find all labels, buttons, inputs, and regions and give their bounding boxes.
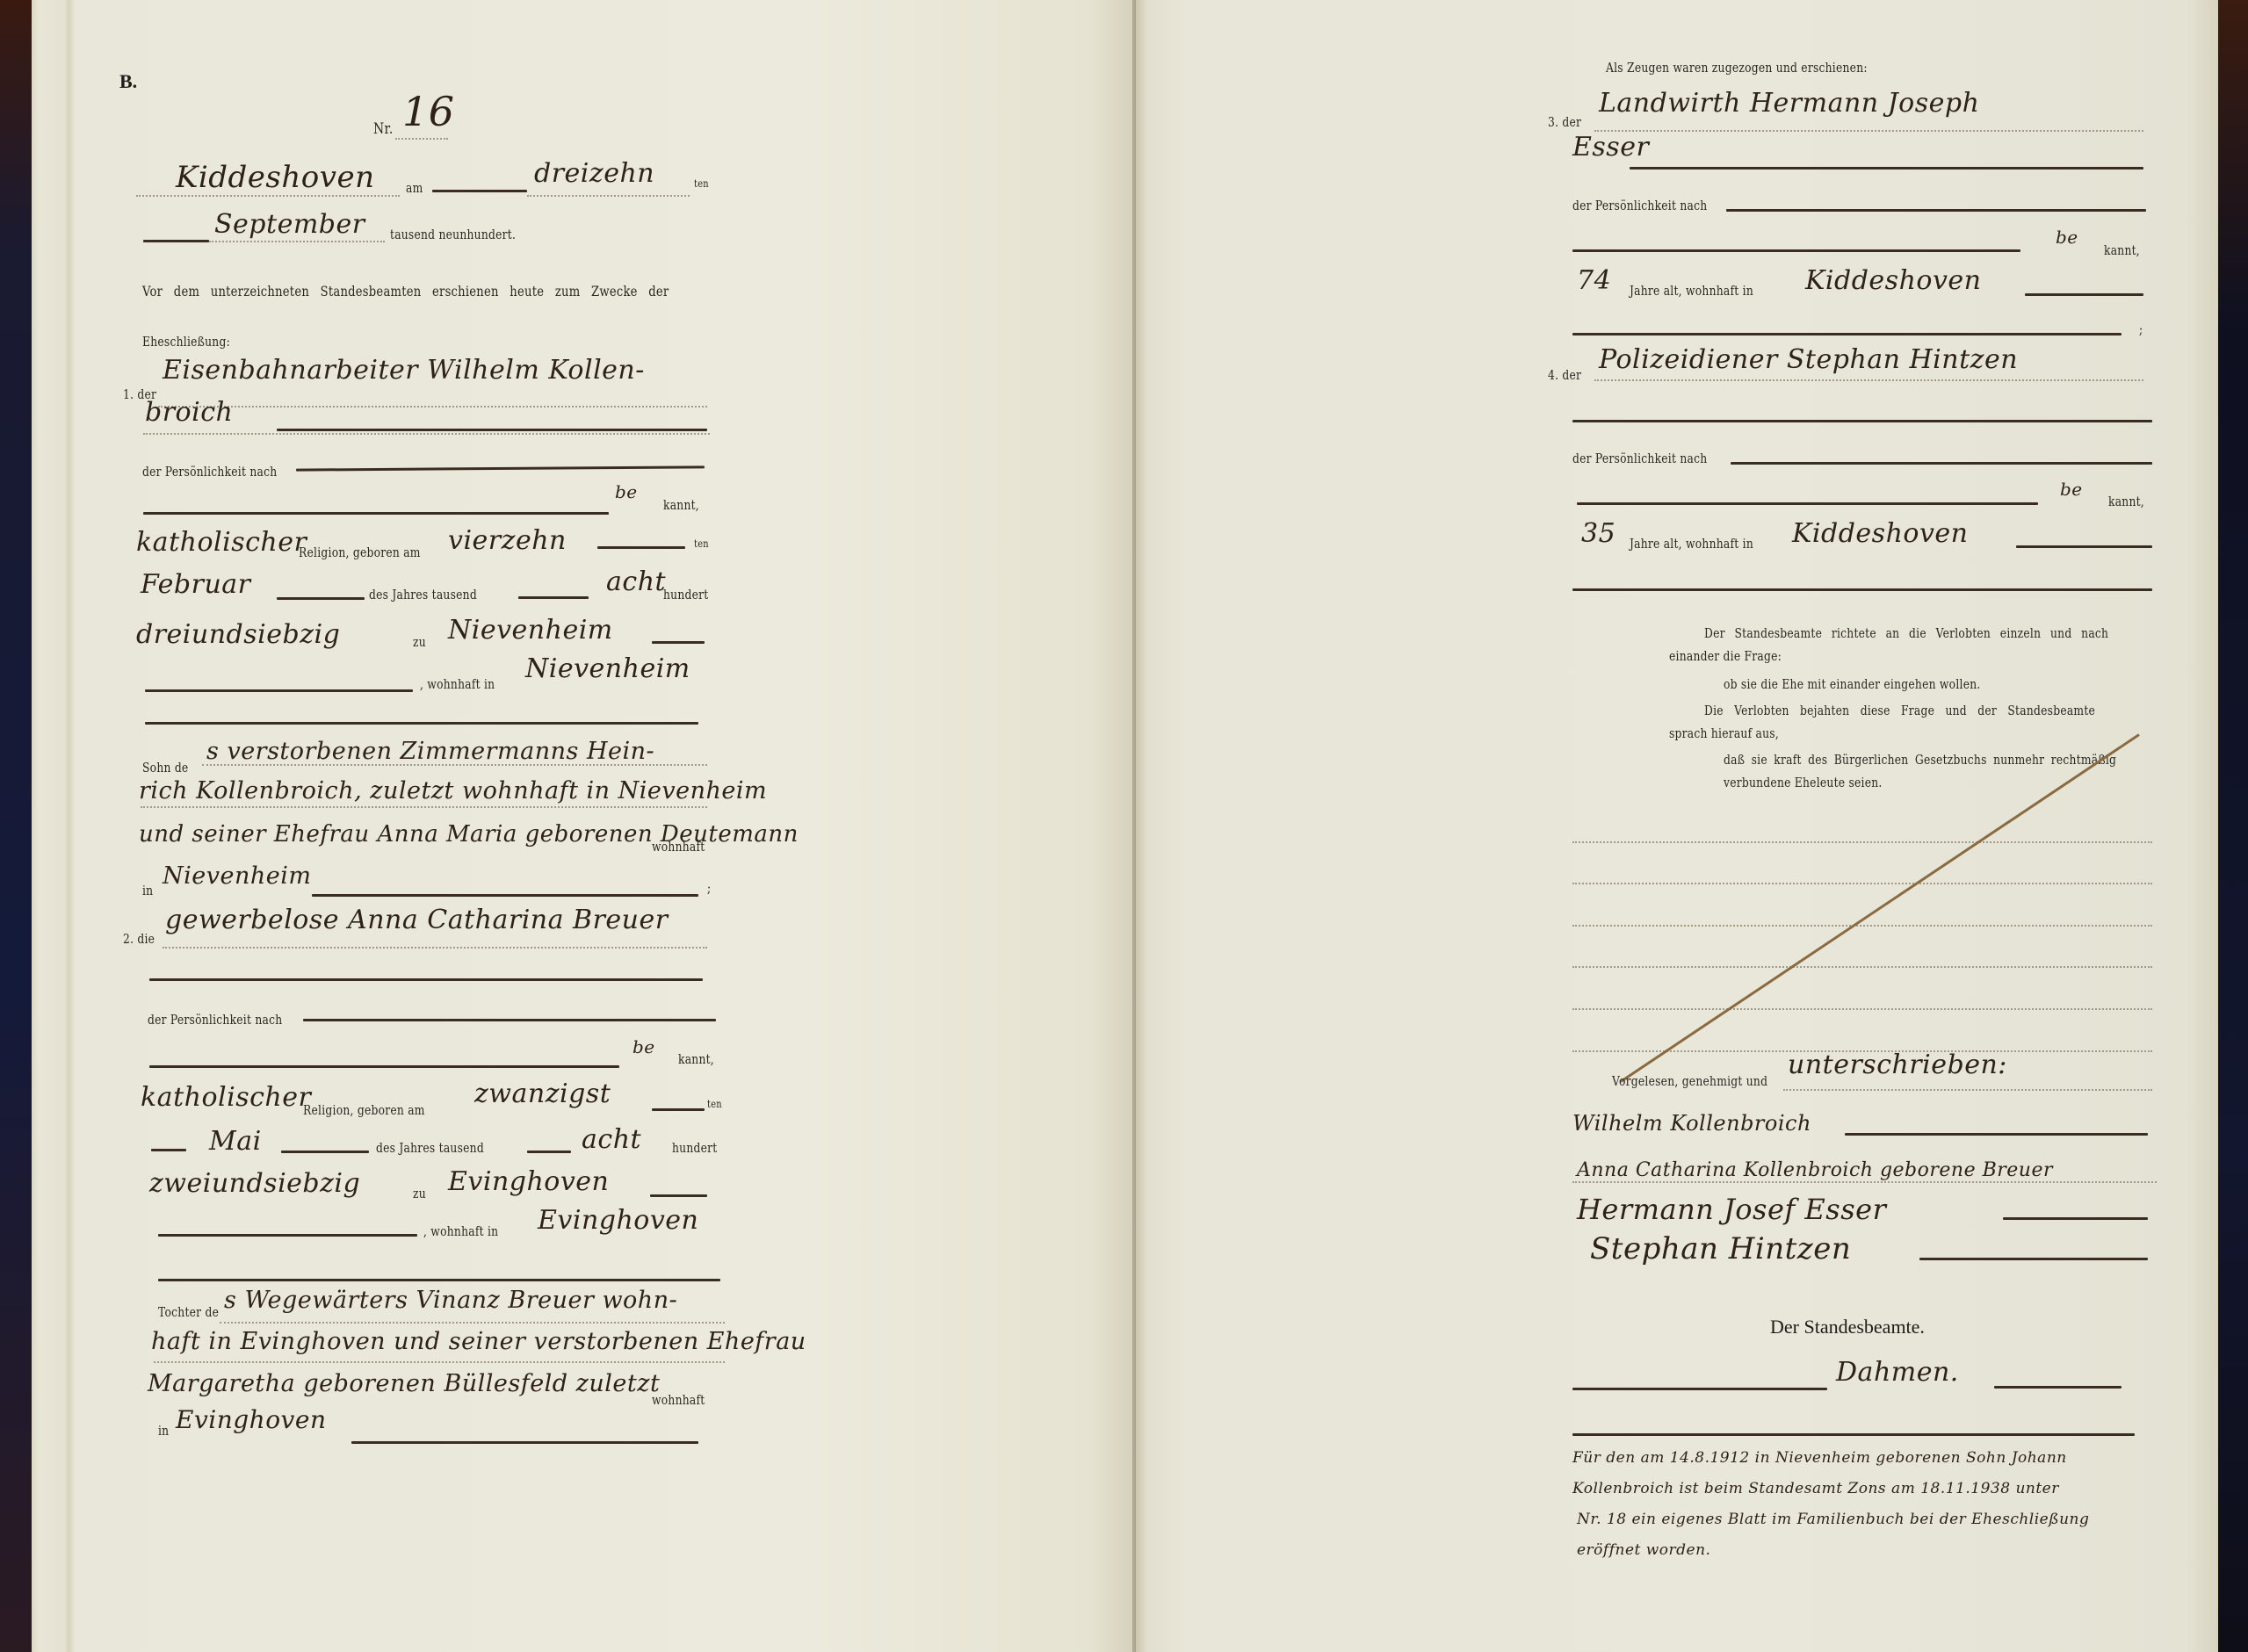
rule <box>1594 130 2143 132</box>
bride-birth-year: zweiundsiebzig <box>149 1168 360 1199</box>
margin-note-line3: Nr. 18 ein eigenes Blatt im Familienbuch… <box>1577 1511 2089 1528</box>
fill-line <box>597 546 685 549</box>
fill-line <box>277 597 365 600</box>
form-letter: B. <box>119 70 137 93</box>
day: dreizehn <box>534 158 654 189</box>
groom-residence-label: , wohnhaft in <box>420 676 495 692</box>
bride-occupation-name: gewerbelose Anna Catharina Breuer <box>165 905 669 935</box>
rule <box>1572 1181 2157 1183</box>
place: Kiddeshoven <box>176 160 374 195</box>
rule <box>158 406 707 408</box>
fill-line <box>158 1279 720 1281</box>
witness4-occupation-name: Polizeidiener Stephan Hintzen <box>1599 344 2018 375</box>
witness3-known-prefix: be <box>2056 227 2078 248</box>
bride-known-suffix: kannt, <box>678 1051 714 1067</box>
bride-parents-line3: Margaretha geborenen Büllesfeld zuletzt <box>148 1370 660 1397</box>
groom-parents-line1: s verstorbenen Zimmermanns Hein- <box>206 738 654 765</box>
witness3-age: 74 <box>1577 265 1611 296</box>
rule <box>220 1322 725 1324</box>
groom-occupation-name: Eisenbahnarbeiter Wilhelm Kollen- <box>163 355 645 386</box>
rule <box>163 947 707 949</box>
ceremony-p2-line3: daß sie kraft des Bürgerlichen Gesetzbuc… <box>1724 752 2116 768</box>
book-gutter <box>1132 0 1136 1652</box>
groom-identity-label: der Persönlichkeit nach <box>142 464 277 480</box>
witness4-known-prefix: be <box>2060 479 2083 500</box>
groom-name-cont: broich <box>145 397 233 428</box>
fill-line <box>143 240 209 242</box>
ceremony-p2-line2: sprach hierauf aus, <box>1669 725 1779 741</box>
witness3-number: 3. der <box>1548 114 1581 130</box>
witness3-known-suffix: kannt, <box>2104 242 2140 258</box>
bride-parents-residence: Evinghoven <box>176 1405 326 1434</box>
fill-line <box>1845 1133 2148 1136</box>
fill-line <box>145 689 413 692</box>
fill-line <box>277 429 707 431</box>
fill-line <box>149 1065 619 1068</box>
rule <box>1572 925 2152 927</box>
witness3-occupation-name: Landwirth Hermann Joseph <box>1599 88 1979 119</box>
witness4-identity-label: der Persönlichkeit nach <box>1572 451 1707 466</box>
year-text: tausend neunhundert. <box>390 227 516 242</box>
closing-hand: unterschrieben: <box>1788 1050 2007 1080</box>
bride-parents-line2: haft in Evinghoven und seiner verstorben… <box>151 1328 806 1355</box>
bride-religion: katholischer <box>141 1082 311 1113</box>
groom-parents-residence: Nievenheim <box>163 862 311 890</box>
right-page <box>1135 0 2218 1652</box>
bride-hundred-label: hundert <box>672 1140 717 1156</box>
fill-line <box>1572 249 2020 252</box>
fill-line <box>158 1234 417 1237</box>
rule <box>1572 841 2152 843</box>
rule <box>143 433 710 435</box>
bride-known-prefix: be <box>632 1036 655 1057</box>
signature-witness4: Stephan Hintzen <box>1590 1231 1851 1266</box>
groom-residence: Nievenheim <box>525 653 690 684</box>
groom-birth-year: dreiundsiebzig <box>136 619 340 650</box>
rule <box>1572 883 2152 884</box>
bride-parents-in: in <box>158 1423 169 1439</box>
groom-parents-line2: rich Kollenbroich, zuletzt wohnhaft in N… <box>139 777 767 804</box>
fill-line <box>2016 545 2152 548</box>
rule <box>141 806 707 808</box>
entry-number-label: Nr. <box>373 120 394 138</box>
witness4-age-label: Jahre alt, wohnhaft in <box>1630 536 1753 552</box>
fill-line <box>1731 462 2152 465</box>
witness3-name-cont: Esser <box>1572 132 1649 162</box>
groom-birth-day: vierzehn <box>448 525 567 556</box>
bride-number: 2. die <box>123 931 155 947</box>
rule <box>1783 1089 2152 1091</box>
groom-hundred-label: hundert <box>663 587 708 602</box>
fill-line <box>1572 588 2152 591</box>
fill-line <box>1572 1388 1827 1390</box>
margin-note-line4: eröffnet worden. <box>1577 1541 1710 1559</box>
bride-zu-label: zu <box>413 1186 426 1201</box>
rule <box>202 764 707 766</box>
registrar-signature: Dahmen. <box>1836 1357 1959 1388</box>
book-cover-left <box>0 0 32 1652</box>
fill-line <box>1994 1386 2122 1389</box>
groom-year-label: des Jahres tausend <box>369 587 477 602</box>
groom-religion: katholischer <box>136 527 307 558</box>
fill-line <box>527 1151 571 1153</box>
fill-line <box>143 512 609 515</box>
fill-line <box>1630 167 2143 170</box>
bride-parents-line1: s Wegewärters Vinanz Breuer wohn- <box>224 1287 677 1314</box>
rule <box>209 241 385 242</box>
bride-birth-day: zwanzigst <box>474 1078 611 1109</box>
witness4-residence: Kiddeshoven <box>1792 518 1968 549</box>
bride-parents-label: Tochter de <box>158 1304 219 1320</box>
date-am-label: am <box>406 180 423 196</box>
bride-birth-place: Evinghoven <box>448 1166 609 1197</box>
signature-witness3: Hermann Josef Esser <box>1577 1193 1886 1226</box>
intro-text-2: Eheschließung: <box>142 334 230 350</box>
witness3-residence: Kiddeshoven <box>1805 265 1981 296</box>
rule <box>395 138 448 140</box>
bride-identity-label: der Persönlichkeit nach <box>148 1012 282 1028</box>
groom-birth-day-suffix: ten <box>694 537 709 550</box>
fill-line <box>151 1149 186 1151</box>
bride-century: acht <box>582 1124 641 1155</box>
fill-line <box>351 1441 698 1444</box>
bride-residence: Evinghoven <box>538 1205 698 1236</box>
signature-groom: Wilhelm Kollenbroich <box>1572 1111 1811 1136</box>
bride-birth-day-suffix: ten <box>707 1098 722 1110</box>
fill-line <box>312 894 698 897</box>
witness3-age-label: Jahre alt, wohnhaft in <box>1630 283 1753 299</box>
fill-line <box>1577 502 2038 505</box>
rule <box>1572 1008 2152 1010</box>
registrar-label: Der Standesbeamte. <box>1770 1316 1925 1338</box>
groom-parents-label: Sohn de <box>142 760 188 776</box>
fill-line <box>432 190 527 192</box>
intro-text: Vor dem unterzeichneten Standesbeamten e… <box>142 283 669 299</box>
fill-line <box>518 596 589 599</box>
fill-line <box>652 641 705 644</box>
rule <box>136 195 400 197</box>
fill-line <box>281 1151 369 1153</box>
ceremony-p1-line2: einander die Frage: <box>1669 648 1782 664</box>
entry-number: 16 <box>402 88 455 135</box>
witness-intro: Als Zeugen waren zugezogen und erschiene… <box>1606 60 1868 76</box>
witness3-identity-label: der Persönlichkeit nach <box>1572 198 1707 213</box>
bride-birth-month: Mai <box>209 1126 262 1157</box>
groom-known-suffix: kannt, <box>663 497 699 513</box>
rule <box>527 195 690 197</box>
ceremony-p2-line1: Die Verlobten bejahten diese Frage und d… <box>1704 703 2095 718</box>
groom-zu-label: zu <box>413 634 426 650</box>
groom-religion-label: Religion, geboren am <box>299 545 421 560</box>
witness4-number: 4. der <box>1548 367 1581 383</box>
bride-residence-label: , wohnhaft in <box>423 1223 498 1239</box>
closing-label: Vorgelesen, genehmigt und <box>1612 1073 1767 1089</box>
bride-year-label: des Jahres tausend <box>376 1140 484 1156</box>
groom-known-prefix: be <box>615 481 638 502</box>
groom-birth-place: Nievenheim <box>448 615 613 646</box>
witness4-known-suffix: kannt, <box>2108 494 2144 509</box>
fill-line <box>2003 1217 2148 1220</box>
day-suffix: ten <box>694 177 709 190</box>
fill-line <box>149 978 703 981</box>
bride-parents-wohnhaft: wohnhaft <box>652 1392 705 1408</box>
fill-line <box>1726 209 2146 212</box>
book-cover-right <box>2218 0 2248 1652</box>
witness3-semicolon: ; <box>2139 321 2143 337</box>
groom-birth-month: Februar <box>141 569 251 600</box>
fill-line <box>650 1194 707 1197</box>
fill-line <box>1919 1258 2148 1260</box>
ceremony-p1-line3: ob sie die Ehe mit einander eingehen wol… <box>1724 676 1981 692</box>
fill-line <box>145 722 698 725</box>
fill-line <box>652 1108 705 1111</box>
margin-note-line2: Kollenbroich ist beim Standesamt Zons am… <box>1572 1480 2059 1497</box>
month: September <box>214 209 365 240</box>
fill-line <box>1572 333 2122 335</box>
fill-line <box>303 1019 716 1021</box>
groom-parents-wohnhaft: wohnhaft <box>652 839 705 855</box>
fill-line <box>1572 1433 2135 1436</box>
bride-religion-label: Religion, geboren am <box>303 1102 425 1118</box>
ceremony-p1-line1: Der Standesbeamte richtete an die Verlob… <box>1704 625 2108 641</box>
margin-note-line1: Für den am 14.8.1912 in Nievenheim gebor… <box>1572 1449 2067 1467</box>
groom-century: acht <box>606 566 666 597</box>
rule <box>154 1361 725 1363</box>
rule <box>1572 966 2152 968</box>
witness4-age: 35 <box>1581 518 1616 549</box>
groom-semicolon: ; <box>707 880 711 896</box>
signature-bride: Anna Catharina Kollenbroich geborene Bre… <box>1577 1159 2053 1181</box>
ceremony-p2-line4: verbundene Eheleute seien. <box>1724 775 1883 790</box>
groom-parents-in: in <box>142 883 153 898</box>
fill-line <box>1572 420 2152 422</box>
rule <box>1594 379 2143 381</box>
fill-line <box>2025 293 2143 296</box>
